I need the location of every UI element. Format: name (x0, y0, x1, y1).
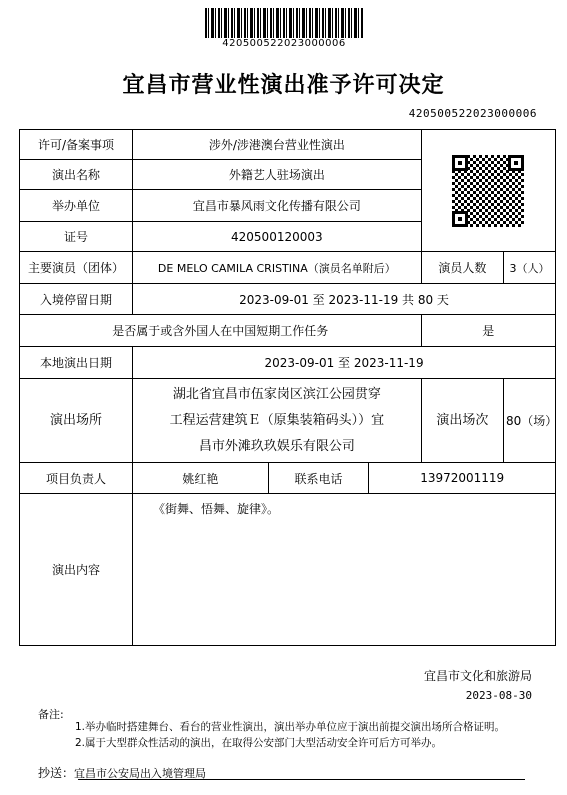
show-count-label: 演出场次 (421, 379, 503, 463)
issue-date: 2023-08-30 (466, 689, 532, 702)
foreign-work-value: 是 (421, 315, 555, 347)
foreign-work-label: 是否属于或含外国人在中国短期工作任务 (20, 315, 422, 347)
row-main-performer: 主要演员（团体） DE MELO CAMILA CRISTINA（演员名单附后）… (20, 252, 556, 284)
performer-count-label: 演员人数 (421, 252, 503, 284)
venue-value: 湖北省宜昌市伍家岗区滨江公园贯穿 工程运营建筑Ｅ（原集装箱码头））宜 昌市外滩玖… (133, 379, 422, 463)
venue-label: 演出场所 (20, 379, 133, 463)
permit-item-value: 涉外/涉港澳台营业性演出 (133, 130, 422, 160)
phone-value: 13972001119 (369, 463, 556, 494)
venue-line: 昌市外滩玖玖娱乐有限公司 (135, 434, 419, 460)
barcode-number: 420500522023000006 (205, 38, 363, 49)
local-dates-value: 2023-09-01 至 2023-11-19 (133, 347, 556, 379)
permit-table: 许可/备案事项 涉外/涉港澳台营业性演出 演出名称 外籍艺人驻场演出 举办单位 … (19, 129, 556, 646)
row-venue: 演出场所 湖北省宜昌市伍家岗区滨江公园贯穿 工程运营建筑Ｅ（原集装箱码头））宜 … (20, 379, 556, 463)
license-no-label: 证号 (20, 222, 133, 252)
phone-label: 联系电话 (268, 463, 369, 494)
document-title: 宜昌市营业性演出准予许可决定 (0, 68, 567, 99)
organizer-label: 举办单位 (20, 190, 133, 222)
row-local-dates: 本地演出日期 2023-09-01 至 2023-11-19 (20, 347, 556, 379)
main-performer-label: 主要演员（团体） (20, 252, 133, 284)
notes-label: 备注: (38, 706, 64, 722)
cc-label: 抄送： (38, 766, 74, 780)
entry-stay-label: 入境停留日期 (20, 284, 133, 315)
venue-line: 湖北省宜昌市伍家岗区滨江公园贯穿 (135, 382, 419, 408)
main-performer-value: DE MELO CAMILA CRISTINA（演员名单附后） (133, 252, 422, 284)
qr-cell (421, 130, 555, 252)
row-content: 演出内容 《街舞、悟舞、旋律》。 (20, 494, 556, 646)
row-foreign-work: 是否属于或含外国人在中国短期工作任务 是 (20, 315, 556, 347)
document-number: 420500522023000006 (409, 107, 537, 120)
project-lead-label: 项目负责人 (20, 463, 133, 494)
barcode (205, 8, 363, 38)
qr-code-icon (452, 155, 524, 227)
note-item: 2.属于大型群众性活动的演出，在取得公安部门大型活动安全许可后方可举办。 (75, 735, 442, 750)
issuing-authority: 宜昌市文化和旅游局 (424, 667, 532, 684)
permit-item-label: 许可/备案事项 (20, 130, 133, 160)
content-value: 《街舞、悟舞、旋律》。 (133, 494, 556, 646)
local-dates-label: 本地演出日期 (20, 347, 133, 379)
show-count-value: 80（场） (504, 379, 556, 463)
cc-underline (78, 779, 525, 780)
note-item: 1.举办临时搭建舞台、看台的营业性演出，演出举办单位应于演出前提交演出场所合格证… (75, 719, 505, 734)
show-name-label: 演出名称 (20, 160, 133, 190)
row-permit-item: 许可/备案事项 涉外/涉港澳台营业性演出 (20, 130, 556, 160)
project-lead-value: 姚红艳 (133, 463, 269, 494)
entry-stay-value: 2023-09-01 至 2023-11-19 共 80 天 (133, 284, 556, 315)
show-name-value: 外籍艺人驻场演出 (133, 160, 422, 190)
row-project-lead: 项目负责人 姚红艳 联系电话 13972001119 (20, 463, 556, 494)
venue-line: 工程运营建筑Ｅ（原集装箱码头））宜 (135, 408, 419, 434)
content-label: 演出内容 (20, 494, 133, 646)
row-entry-stay: 入境停留日期 2023-09-01 至 2023-11-19 共 80 天 (20, 284, 556, 315)
performer-count-value: 3（人） (504, 252, 556, 284)
license-no-value: 420500120003 (133, 222, 422, 252)
organizer-value: 宜昌市暴风雨文化传播有限公司 (133, 190, 422, 222)
